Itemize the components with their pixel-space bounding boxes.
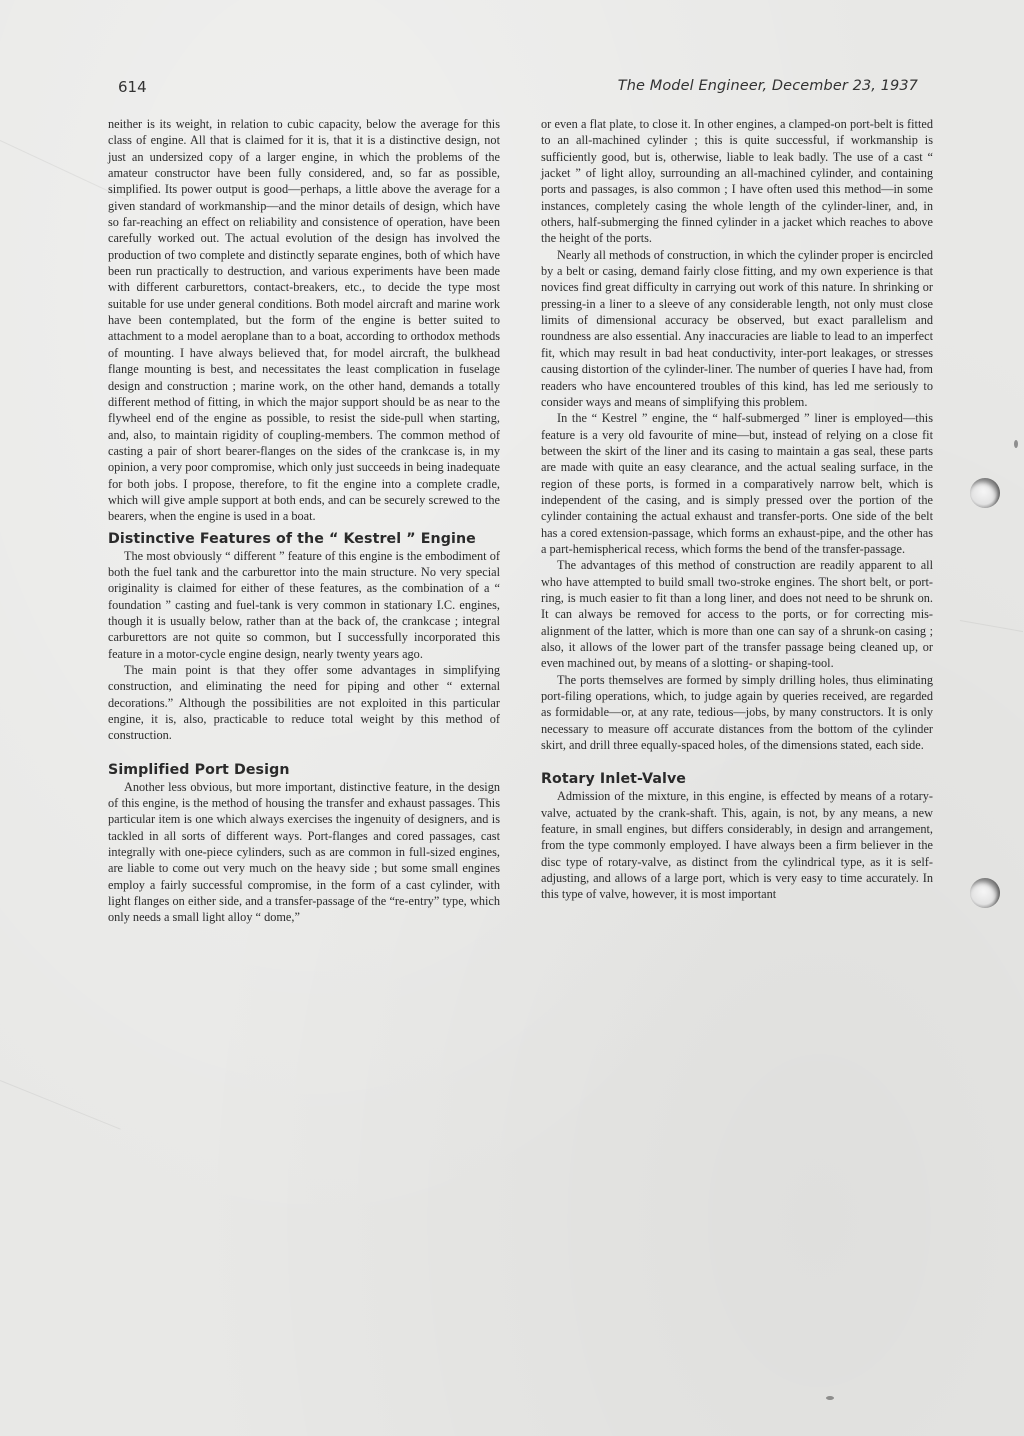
- binding-hole: [970, 878, 1000, 908]
- paragraph: The ports themselves are formed by simpl…: [541, 672, 933, 754]
- page-header: 614 The Model Engineer, December 23, 193…: [118, 78, 918, 100]
- paragraph: or even a flat plate, to close it. In ot…: [541, 116, 933, 247]
- paragraph: The main point is that they offer some a…: [108, 662, 500, 744]
- running-head: The Model Engineer, December 23, 1937: [618, 78, 918, 94]
- paper-crease: [0, 1080, 121, 1130]
- paragraph: neither is its weight, in relation to cu…: [108, 116, 500, 525]
- page-number: 614: [118, 78, 147, 96]
- paper-speck: [1014, 440, 1018, 448]
- paragraph: The most obviously “ different ” feature…: [108, 548, 500, 662]
- section-heading: Simplified Port Design: [108, 762, 500, 779]
- paragraph: Nearly all methods of construction, in w…: [541, 247, 933, 410]
- paragraph: In the “ Kestrel ” engine, the “ half-su…: [541, 410, 933, 557]
- paragraph: Admission of the mixture, in this engine…: [541, 788, 933, 902]
- left-column: neither is its weight, in relation to cu…: [108, 116, 500, 926]
- section-heading: Rotary Inlet-Valve: [541, 771, 933, 788]
- paper-speck: [826, 1396, 834, 1400]
- paper-crease: [960, 620, 1023, 632]
- paragraph: The advantages of this method of constru…: [541, 557, 933, 671]
- section-heading: Distinctive Features of the “ Kestrel ” …: [108, 531, 500, 548]
- right-column: or even a flat plate, to close it. In ot…: [541, 116, 933, 903]
- paragraph: Another less obvious, but more important…: [108, 779, 500, 926]
- magazine-page: 614 The Model Engineer, December 23, 193…: [0, 0, 1024, 1436]
- binding-hole: [970, 478, 1000, 508]
